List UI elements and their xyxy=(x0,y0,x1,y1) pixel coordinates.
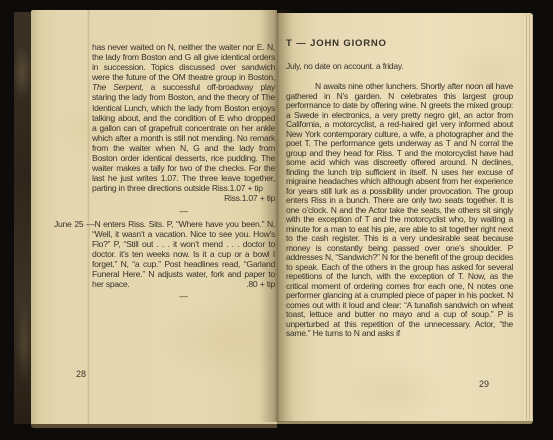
price-line: Riss.1.07 + tip xyxy=(92,193,275,203)
entry-divider: — xyxy=(92,291,275,301)
paragraph-continued-start: has never waited on N, neither the waite… xyxy=(92,42,275,82)
entry-date-label: June 25 — xyxy=(54,219,94,229)
dateline: July, no date on account. a friday. xyxy=(286,62,513,72)
paragraph-continued: has never waited on N, neither the waite… xyxy=(92,42,275,193)
page-number-right: 29 xyxy=(479,379,489,389)
italic-book-title: The Serpent, xyxy=(92,82,143,92)
page-edge-stack xyxy=(524,15,533,419)
left-page-text-column: has never waited on N, neither the waite… xyxy=(92,42,275,304)
paragraph-continued-end: a successful off-broadway play staring t… xyxy=(92,82,275,193)
book-photo: { "left_page": { "paragraph_continued": … xyxy=(0,0,553,440)
entry-divider: — xyxy=(92,206,275,216)
page-right: T — JOHN GIORNO July, no date on account… xyxy=(277,13,533,424)
body-paragraph: N awaits nine other lunchers. Shortly af… xyxy=(286,82,513,339)
section-heading: T — JOHN GIORNO xyxy=(286,39,513,49)
page-number-left: 28 xyxy=(76,369,86,379)
page-left: has never waited on N, neither the waite… xyxy=(31,10,277,428)
diary-entry-june-25: June 25 —N enters Riss. Sits. P, “Where … xyxy=(54,219,275,290)
right-page-text-column: T — JOHN GIORNO July, no date on account… xyxy=(286,39,513,339)
